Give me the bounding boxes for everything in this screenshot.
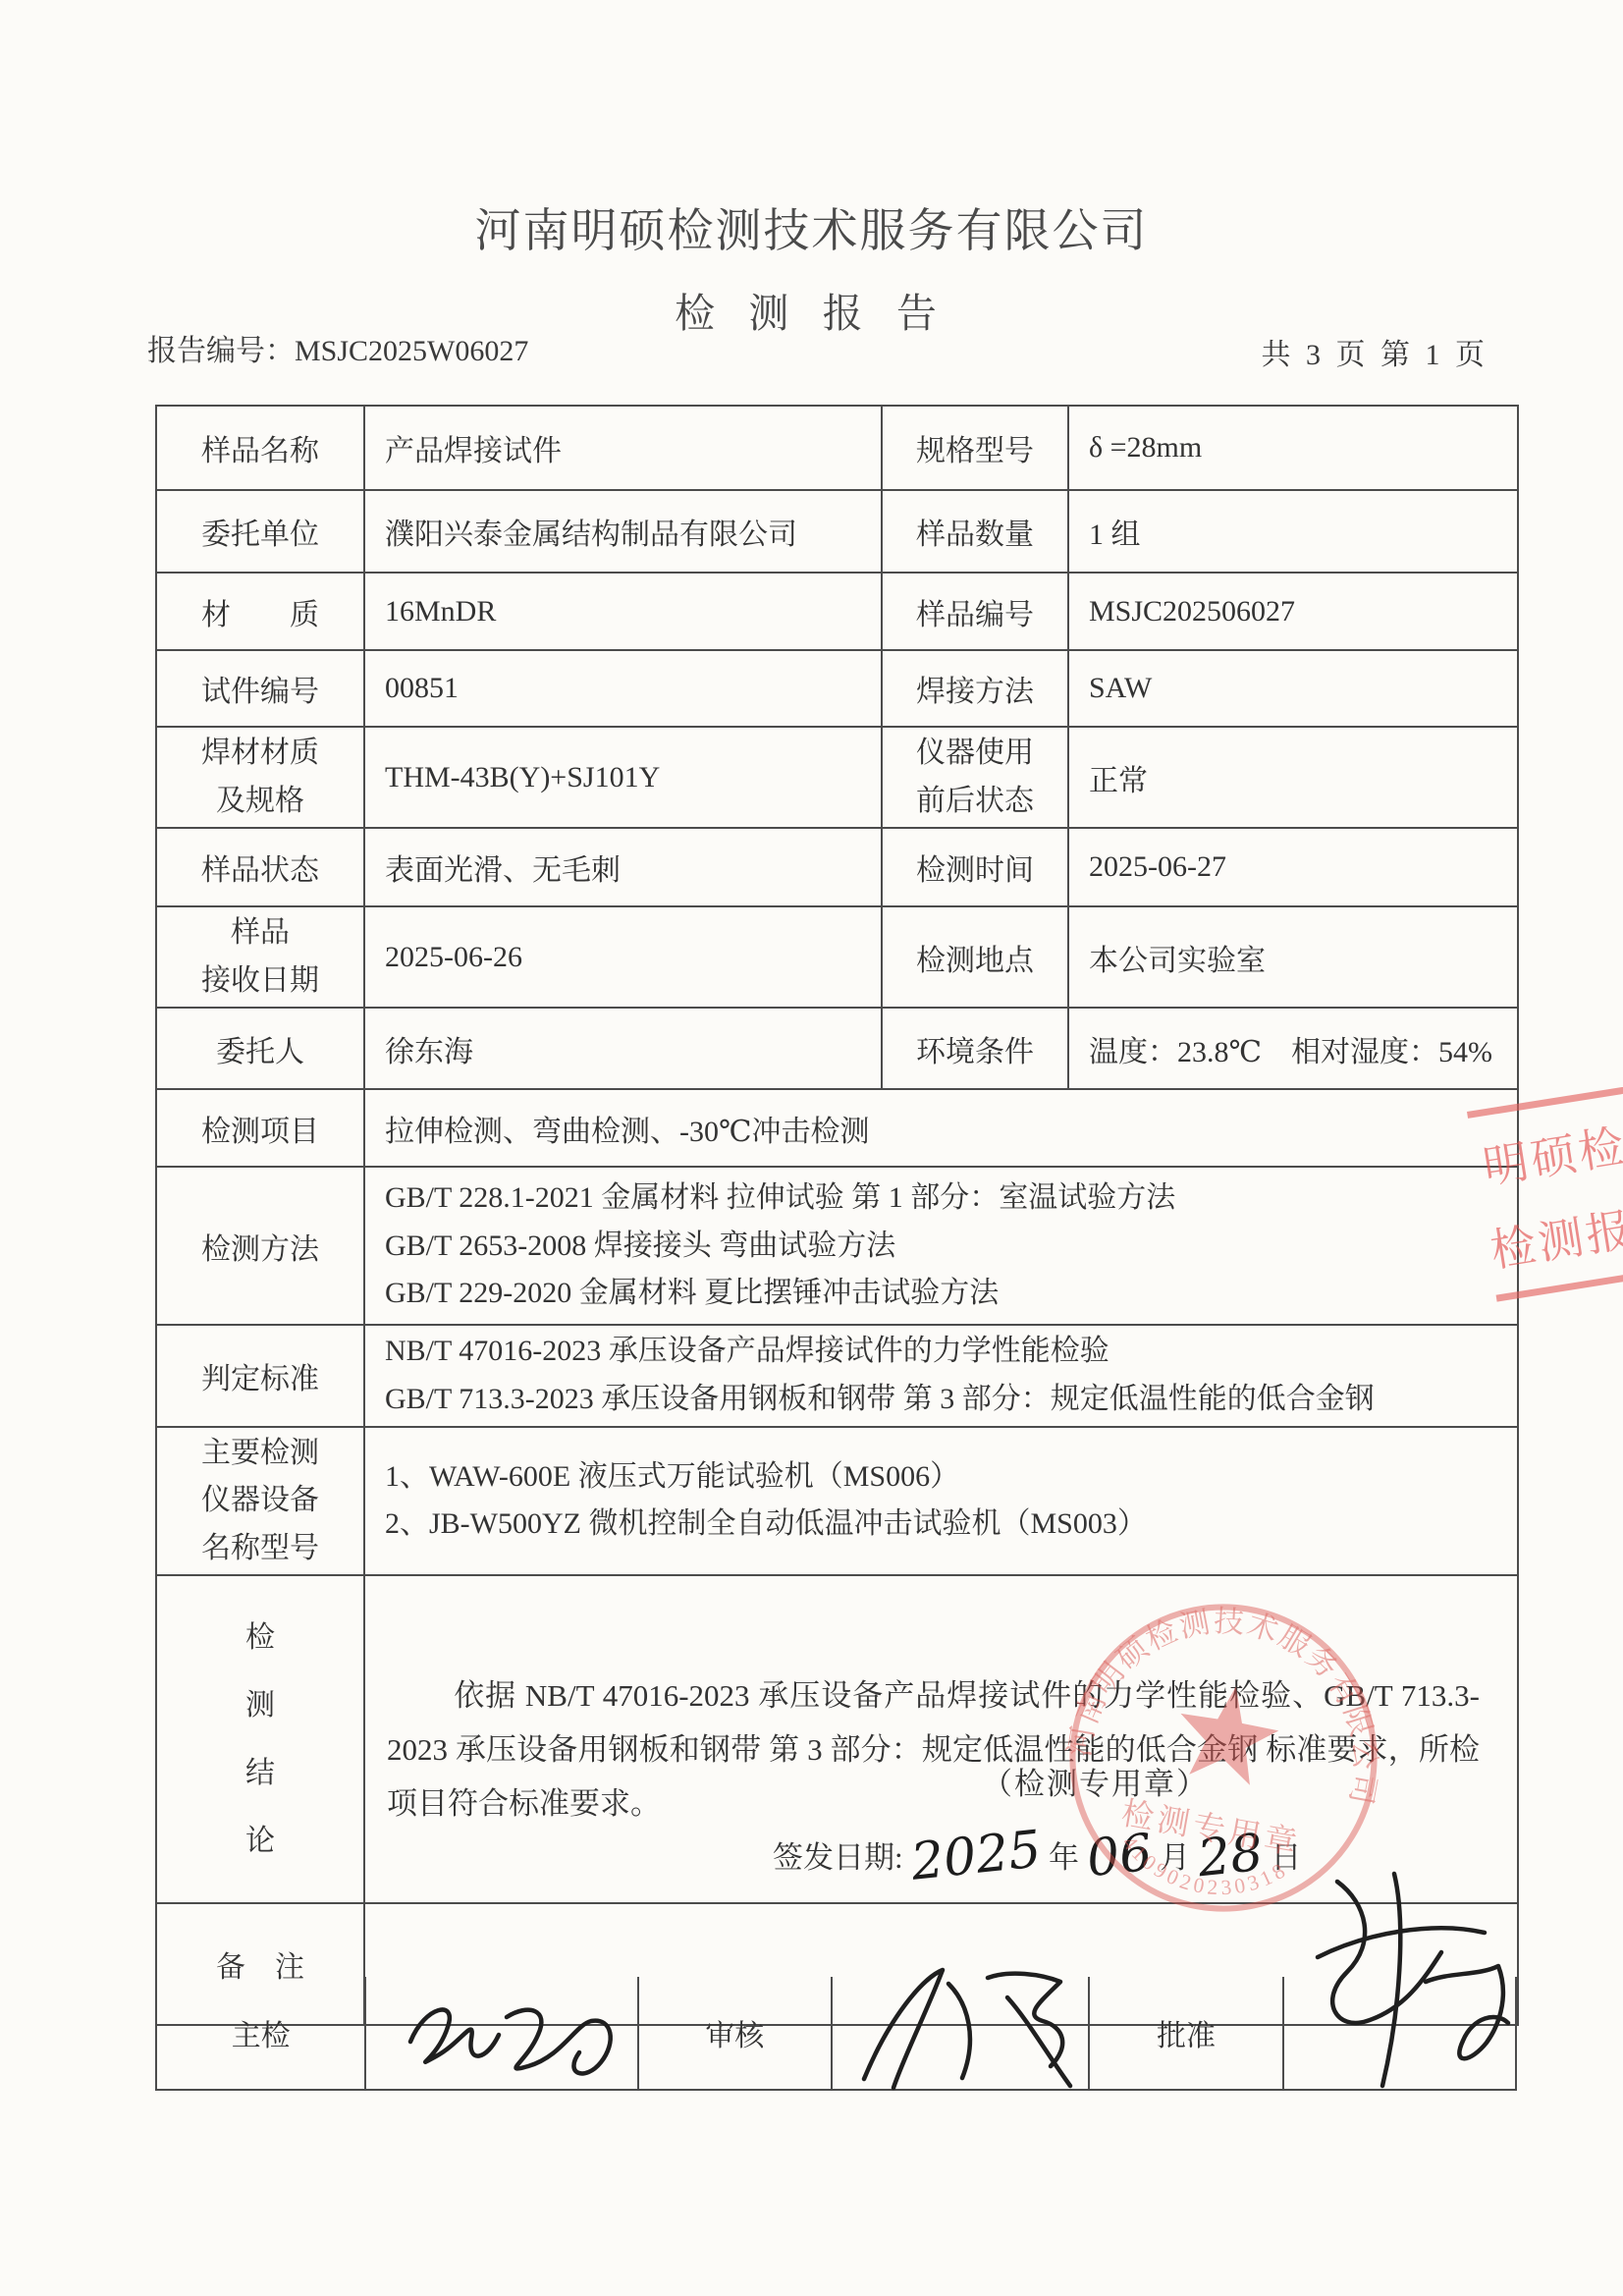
report-meta: 报告编号：MSJC2025W06027 共 3 页 第 1 页 [147, 326, 1492, 367]
report-page: 河南明硕检测技术服务有限公司 检 测 报 告 报告编号：MSJC2025W060… [0, 0, 1623, 2296]
table-row: 检测方法 GB/T 228.1-2021 金属材料 拉伸试验 第 1 部分：室温… [156, 1167, 1518, 1325]
day-unit: 日 [1271, 1840, 1301, 1875]
table-row: 样品名称 产品焊接试件 规格型号 δ =28mm [156, 406, 1518, 490]
field-label: 样品编号 [882, 573, 1068, 650]
field-value: 表面光滑、无毛刺 [364, 828, 882, 906]
report-number-value: MSJC2025W06027 [295, 335, 528, 367]
table-row: 样品 接收日期 2025-06-26 检测地点 本公司实验室 [156, 906, 1518, 1008]
conclusion-text: 依据 NB/T 47016-2023 承压设备产品焊接试件的力学性能检验、GB/… [365, 1649, 1517, 1831]
table-row: 材 质 16MnDR 样品编号 MSJC202506027 [156, 573, 1518, 650]
report-number: 报告编号：MSJC2025W06027 [147, 326, 528, 369]
field-value: 2025-06-26 [364, 906, 882, 1008]
issue-date-line: 签发日期:2025年06月28日 [773, 1822, 1301, 1881]
table-row: 主要检测 仪器设备 名称型号 1、WAW-600E 液压式万能试验机（MS006… [156, 1427, 1518, 1576]
field-label: 材 质 [156, 573, 364, 650]
company-name: 河南明硕检测技术服务有限公司 [0, 194, 1623, 260]
conclusion-cell: 依据 NB/T 47016-2023 承压设备产品焊接试件的力学性能检验、GB/… [364, 1575, 1518, 1903]
field-label: 焊接方法 [882, 650, 1068, 727]
field-label: 委托人 [156, 1008, 364, 1089]
field-value: NB/T 47016-2023 承压设备产品焊接试件的力学性能检验 GB/T 7… [364, 1325, 1518, 1426]
field-label: 检测时间 [882, 828, 1068, 906]
table-row: 委托人 徐东海 环境条件 温度：23.8℃ 相对湿度：54% [156, 1008, 1518, 1089]
month-unit: 月 [1160, 1840, 1190, 1875]
report-table: 样品名称 产品焊接试件 规格型号 δ =28mm 委托单位 濮阳兴泰金属结构制品… [155, 405, 1519, 2026]
table-row: 委托单位 濮阳兴泰金属结构制品有限公司 样品数量 1 组 [156, 490, 1518, 573]
report-number-label: 报告编号： [147, 335, 295, 367]
field-label: 检测地点 [882, 906, 1068, 1008]
field-value: GB/T 228.1-2021 金属材料 拉伸试验 第 1 部分：室温试验方法 … [364, 1167, 1518, 1325]
field-value: 濮阳兴泰金属结构制品有限公司 [364, 490, 882, 573]
field-value: 1、WAW-600E 液压式万能试验机（MS006） 2、JB-W500YZ 微… [364, 1427, 1518, 1576]
field-value: 2025-06-27 [1068, 828, 1518, 906]
field-value: 1 组 [1068, 490, 1518, 573]
reviewer-signature-cell [831, 1977, 1088, 2089]
approver-signature-cell [1282, 1977, 1515, 2089]
conclusion-row: 检 测 结 论 依据 NB/T 47016-2023 承压设备产品焊接试件的力学… [156, 1575, 1518, 1903]
field-label: 委托单位 [156, 490, 364, 573]
table-row: 判定标准 NB/T 47016-2023 承压设备产品焊接试件的力学性能检验 G… [156, 1325, 1518, 1426]
field-value: SAW [1068, 650, 1518, 727]
page-info: 共 3 页 第 1 页 [1262, 330, 1489, 373]
field-value: 拉伸检测、弯曲检测、-30℃冲击检测 [364, 1089, 1518, 1167]
field-value: 产品焊接试件 [364, 406, 882, 490]
field-label: 判定标准 [156, 1325, 364, 1426]
approver-label: 批准 [1088, 1977, 1281, 2089]
field-label: 样品数量 [882, 490, 1068, 573]
handwritten-day: 28 [1195, 1824, 1266, 1889]
field-label: 焊材材质 及规格 [156, 727, 364, 828]
field-label: 样品 接收日期 [156, 906, 364, 1008]
field-label: 检测项目 [156, 1089, 364, 1167]
field-value: 温度：23.8℃ 相对湿度：54% [1068, 1008, 1518, 1089]
conclusion-label: 检 测 结 论 [156, 1575, 364, 1903]
field-label: 仪器使用 前后状态 [882, 727, 1068, 828]
field-label: 主要检测 仪器设备 名称型号 [156, 1427, 364, 1576]
field-value: 00851 [364, 650, 882, 727]
handwritten-month: 06 [1084, 1824, 1155, 1889]
field-value: MSJC202506027 [1068, 573, 1518, 650]
field-value: δ =28mm [1068, 406, 1518, 490]
table-row: 焊材材质 及规格 THM-43B(Y)+SJ101Y 仪器使用 前后状态 正常 [156, 727, 1518, 828]
field-label: 试件编号 [156, 650, 364, 727]
field-value: 正常 [1068, 727, 1518, 828]
handwritten-year: 2025 [908, 1821, 1044, 1893]
table-row: 检测项目 拉伸检测、弯曲检测、-30℃冲击检测 [156, 1089, 1518, 1167]
field-label: 环境条件 [882, 1008, 1068, 1089]
field-value: 16MnDR [364, 573, 882, 650]
table-row: 试件编号 00851 焊接方法 SAW [156, 650, 1518, 727]
field-label: 样品状态 [156, 828, 364, 906]
field-label: 检测方法 [156, 1167, 364, 1325]
field-value: THM-43B(Y)+SJ101Y [364, 727, 882, 828]
issue-date-label: 签发日期: [773, 1840, 903, 1875]
signature-row: 主检 审核 批准 [155, 1977, 1517, 2091]
year-unit: 年 [1049, 1840, 1079, 1875]
inspector-label: 主检 [157, 1977, 364, 2089]
inspector-signature-cell [364, 1977, 636, 2089]
field-value: 徐东海 [364, 1008, 882, 1089]
field-value: 本公司实验室 [1068, 906, 1518, 1008]
seal-note: （检测专用章） [982, 1759, 1209, 1803]
field-label: 规格型号 [882, 406, 1068, 490]
table-row: 样品状态 表面光滑、无毛刺 检测时间 2025-06-27 [156, 828, 1518, 906]
reviewer-label: 审核 [637, 1977, 831, 2089]
field-label: 样品名称 [156, 406, 364, 490]
